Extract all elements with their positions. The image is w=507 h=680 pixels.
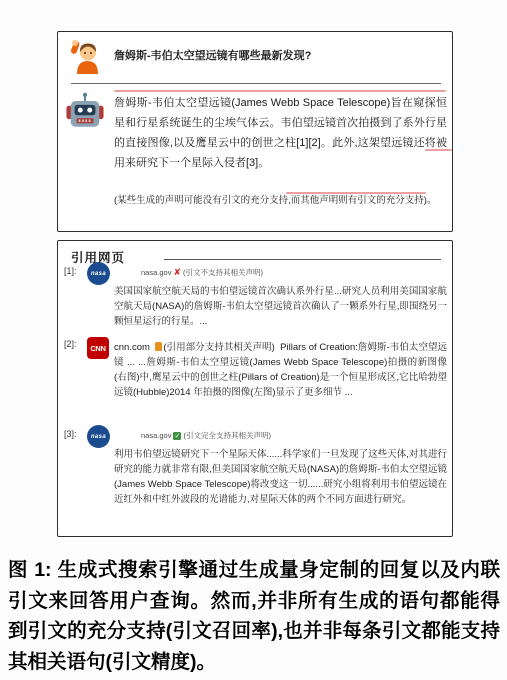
user-raising-hand-avatar-icon xyxy=(71,40,103,74)
citation-2-index: [2]: xyxy=(64,339,77,349)
partial-support-icon xyxy=(155,342,162,351)
qa-response-panel: 詹姆斯-韦伯太空望远镜有哪些最新发现? 詹姆斯-韦伯太空望远镜(James We… xyxy=(57,31,453,232)
nasa-logo-icon: nasa xyxy=(87,262,110,285)
robot-avatar-icon xyxy=(66,91,104,132)
citation-1-index: [1]: xyxy=(64,266,77,276)
cnn-logo-icon: CNN xyxy=(87,337,109,359)
qa-divider xyxy=(71,83,441,84)
citation-3-source-line: nasa.gov ✓ (引文完全支持其相关声明) xyxy=(141,430,271,441)
citation-3-domain[interactable]: nasa.gov xyxy=(141,431,171,440)
figure-caption: 图 1: 生成式搜索引擎通过生成量身定制的回复以及内联引文来回答用户查询。然而,… xyxy=(8,555,500,677)
citation-2-snippet-block: cnn.com (引用部分支持其相关声明) Pillars of Creatio… xyxy=(114,340,447,400)
citation-2-domain[interactable]: cnn.com xyxy=(114,342,150,353)
fully-supported-check-icon: ✓ xyxy=(173,432,181,440)
nasa-logo-icon: nasa xyxy=(87,425,110,448)
citation-1-verdict: (引文不支持其相关声明) xyxy=(183,267,263,278)
user-query-text: 詹姆斯-韦伯太空望远镜有哪些最新发现? xyxy=(114,49,444,64)
not-supported-cross-icon: ✘ xyxy=(173,267,181,278)
annotation-underline xyxy=(425,149,452,151)
cited-webpages-panel: 引用网页 [1]: nasa nasa.gov ✘ (引文不支持其相关声明) 美… xyxy=(57,240,453,537)
citation-1-snippet: 美国国家航空航天局的韦伯望远镜首次确认系外行星...研究人员利用美国国家航空航天… xyxy=(114,284,447,329)
support-note-text: (某些生成的声明可能没有引文的充分支持,而其他声明则有引文的充分支持)。 xyxy=(114,194,446,208)
citation-3-verdict: (引文完全支持其相关声明) xyxy=(183,430,271,441)
annotation-underline xyxy=(114,90,446,92)
header-divider xyxy=(164,259,441,260)
citation-2-verdict: (引用部分支持其相关声明) xyxy=(163,342,274,353)
citation-3-index: [3]: xyxy=(64,429,77,439)
citation-1-domain[interactable]: nasa.gov xyxy=(141,268,171,277)
citation-1-source-line: nasa.gov ✘ (引文不支持其相关声明) xyxy=(141,267,263,278)
citation-3-snippet: 利用韦伯望远镜研究下一个星际天体......科学家们一旦发现了这些天体,对其进行… xyxy=(114,447,447,507)
generated-answer-text: 詹姆斯-韦伯太空望远镜(James Webb Space Telescope)旨… xyxy=(114,93,447,173)
